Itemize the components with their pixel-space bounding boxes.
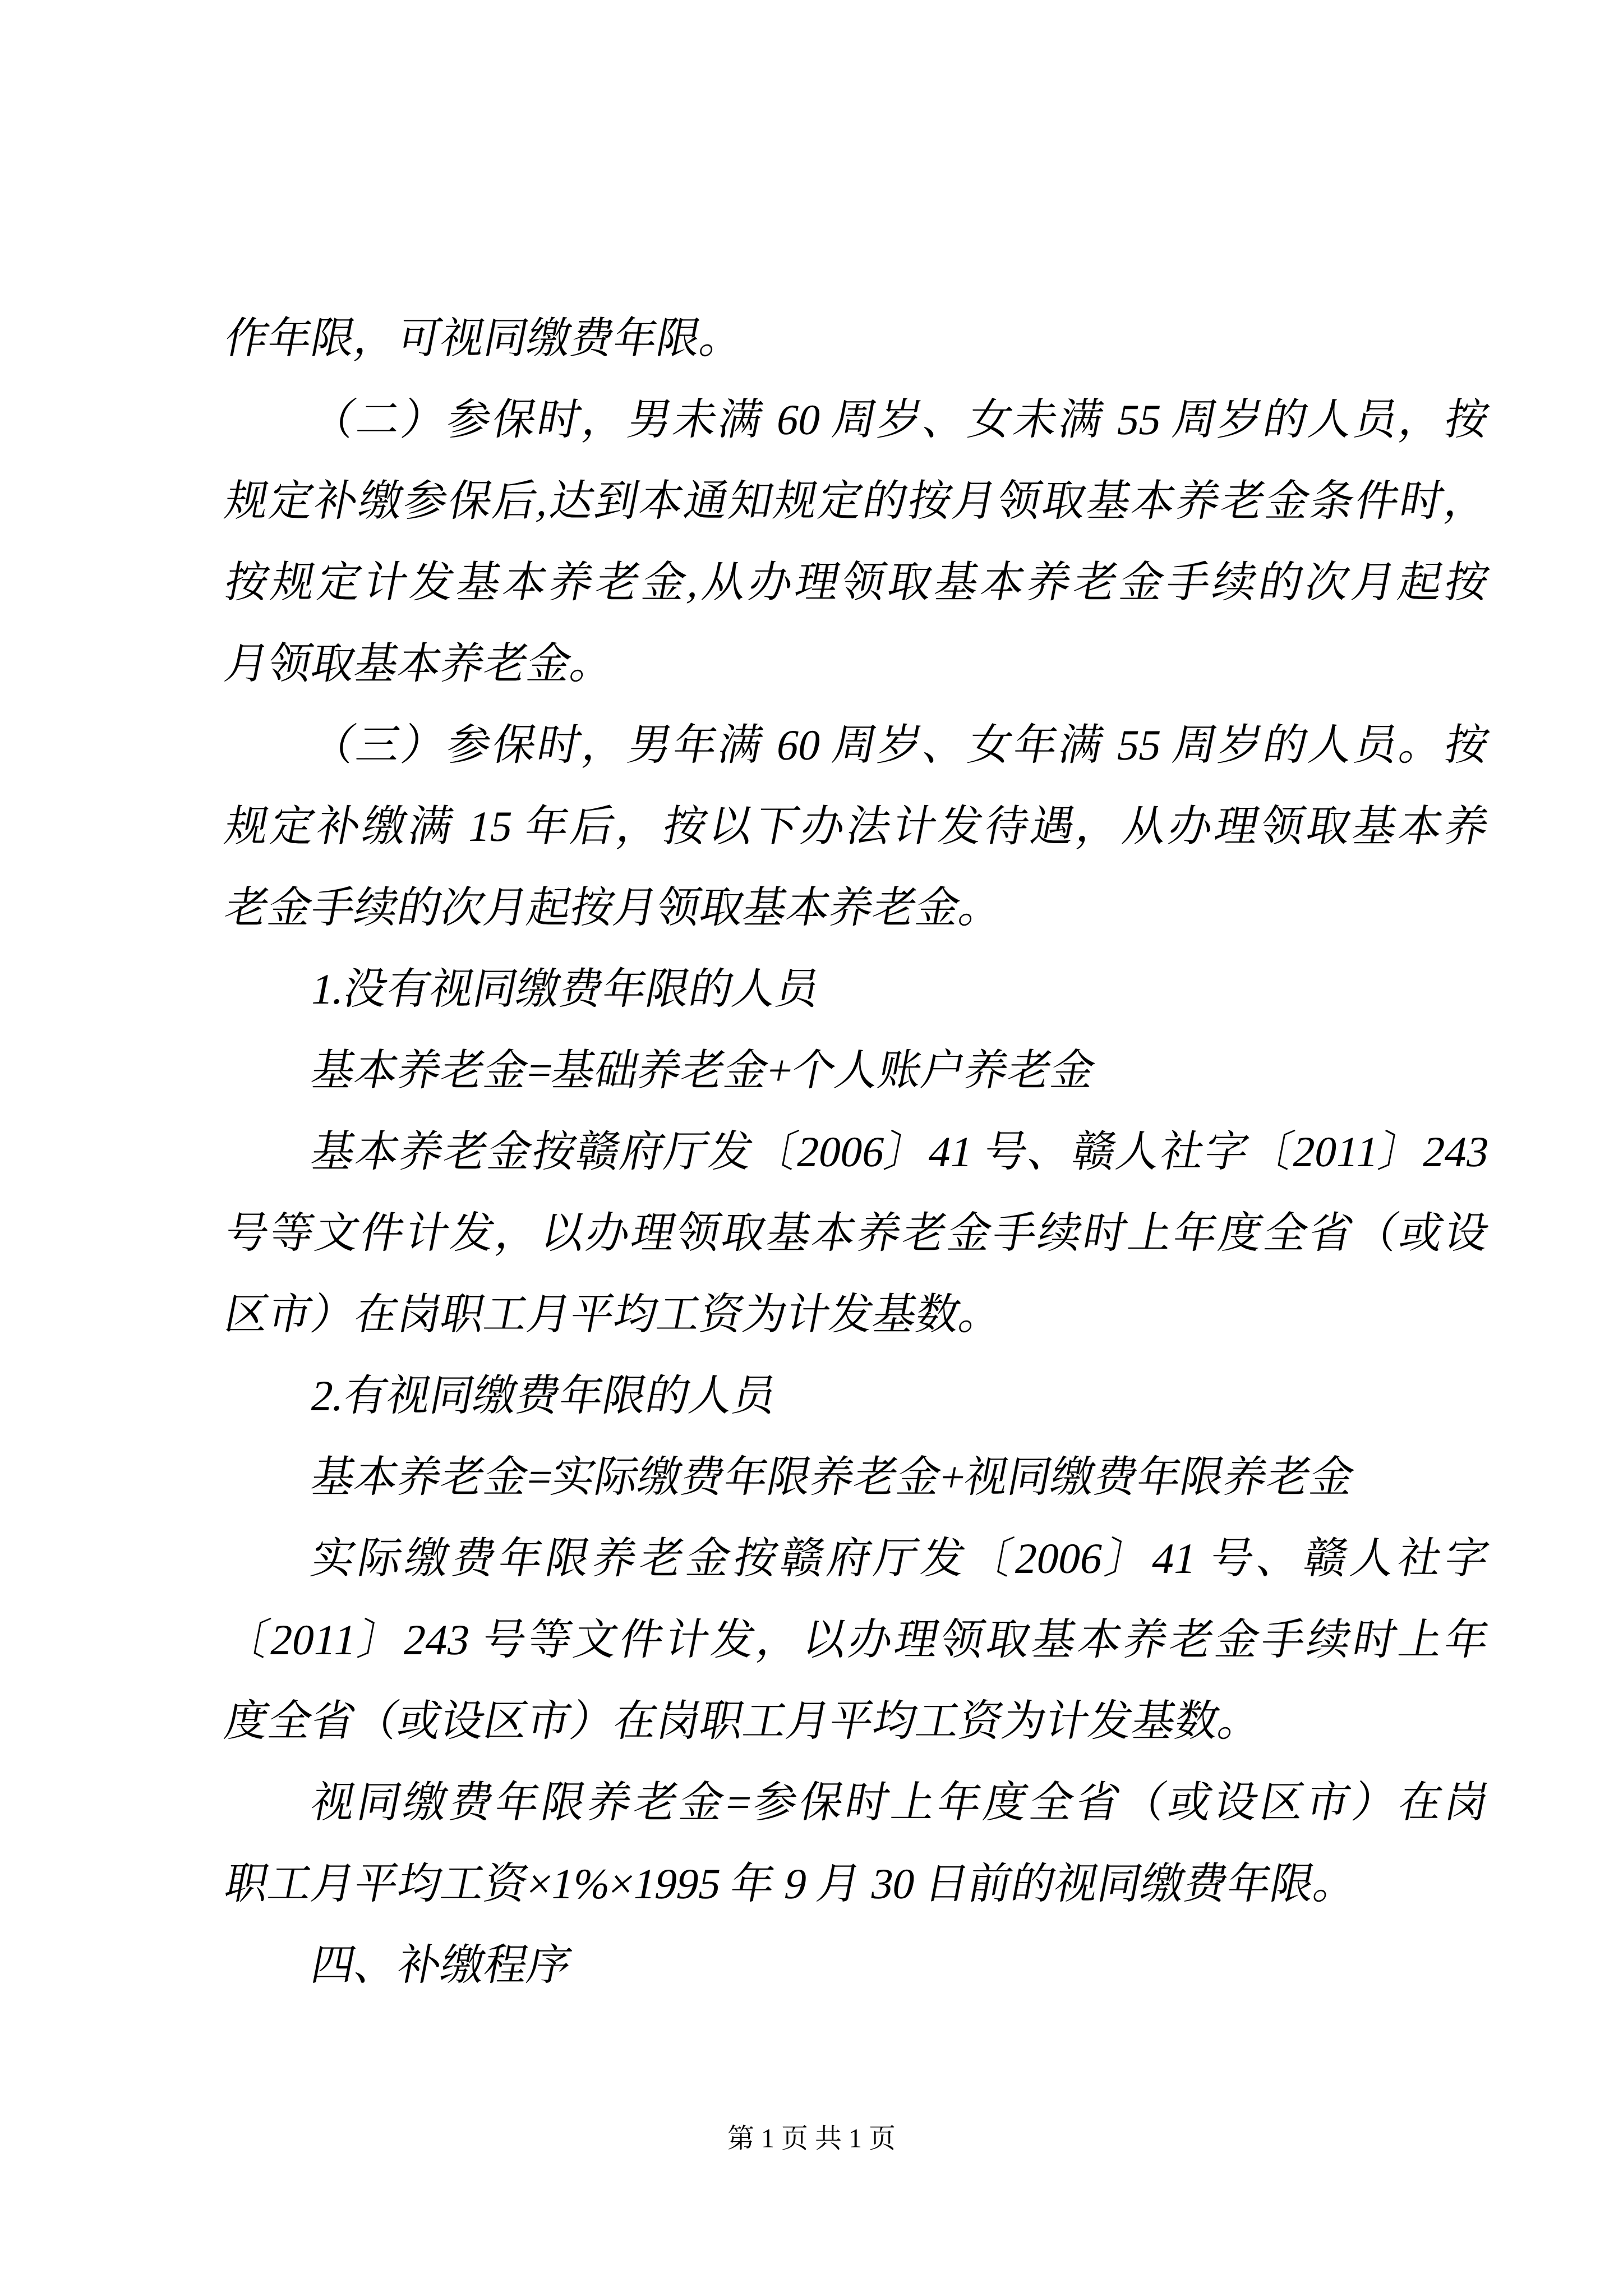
body-line: 规定补缴参保后,达到本通知规定的按月领取基本养老金条件时， — [218, 461, 1496, 542]
body-line: 区市）在岗职工月平均工资为计发基数。 — [218, 1274, 1496, 1355]
body-line: 号等文件计发，以办理领取基本养老金手续时上年度全省（或设 — [218, 1193, 1496, 1274]
page-footer: 第 1 页 共 1 页 — [0, 2122, 1623, 2156]
body-line: 2.有视同缴费年限的人员 — [218, 1355, 1496, 1437]
body-line: （三）参保时，男年满 60 周岁、女年满 55 周岁的人员。按 — [218, 705, 1496, 786]
body-line: 〔2011〕243 号等文件计发，以办理领取基本养老金手续时上年 — [218, 1599, 1496, 1681]
body-line: 作年限，可视同缴费年限。 — [218, 298, 1496, 379]
body-line: 职工月平均工资×1%×1995 年 9 月 30 日前的视同缴费年限。 — [218, 1843, 1496, 1925]
document-page: 作年限，可视同缴费年限。 （二）参保时，男未满 60 周岁、女未满 55 周岁的… — [0, 0, 1623, 2296]
document-body: 作年限，可视同缴费年限。 （二）参保时，男未满 60 周岁、女未满 55 周岁的… — [218, 298, 1481, 2006]
body-line: 按规定计发基本养老金,从办理领取基本养老金手续的次月起按 — [218, 542, 1496, 623]
body-line: 基本养老金=基础养老金+个人账户养老金 — [218, 1030, 1496, 1111]
body-line: 度全省（或设区市）在岗职工月平均工资为计发基数。 — [218, 1681, 1496, 1762]
body-line: 基本养老金=实际缴费年限养老金+视同缴费年限养老金 — [218, 1437, 1496, 1518]
body-line: 四、补缴程序 — [218, 1925, 1496, 2006]
body-line: 实际缴费年限养老金按赣府厅发〔2006〕41 号、赣人社字 — [218, 1518, 1496, 1599]
body-line: 基本养老金按赣府厅发〔2006〕41 号、赣人社字〔2011〕243 — [218, 1111, 1496, 1193]
body-line: 1.没有视同缴费年限的人员 — [218, 949, 1496, 1030]
body-line: 视同缴费年限养老金=参保时上年度全省（或设区市）在岗 — [218, 1762, 1496, 1843]
body-line: 老金手续的次月起按月领取基本养老金。 — [218, 867, 1496, 949]
body-line: （二）参保时，男未满 60 周岁、女未满 55 周岁的人员，按 — [218, 379, 1496, 461]
body-line: 月领取基本养老金。 — [218, 623, 1496, 705]
body-line: 规定补缴满 15 年后，按以下办法计发待遇，从办理领取基本养 — [218, 786, 1496, 867]
